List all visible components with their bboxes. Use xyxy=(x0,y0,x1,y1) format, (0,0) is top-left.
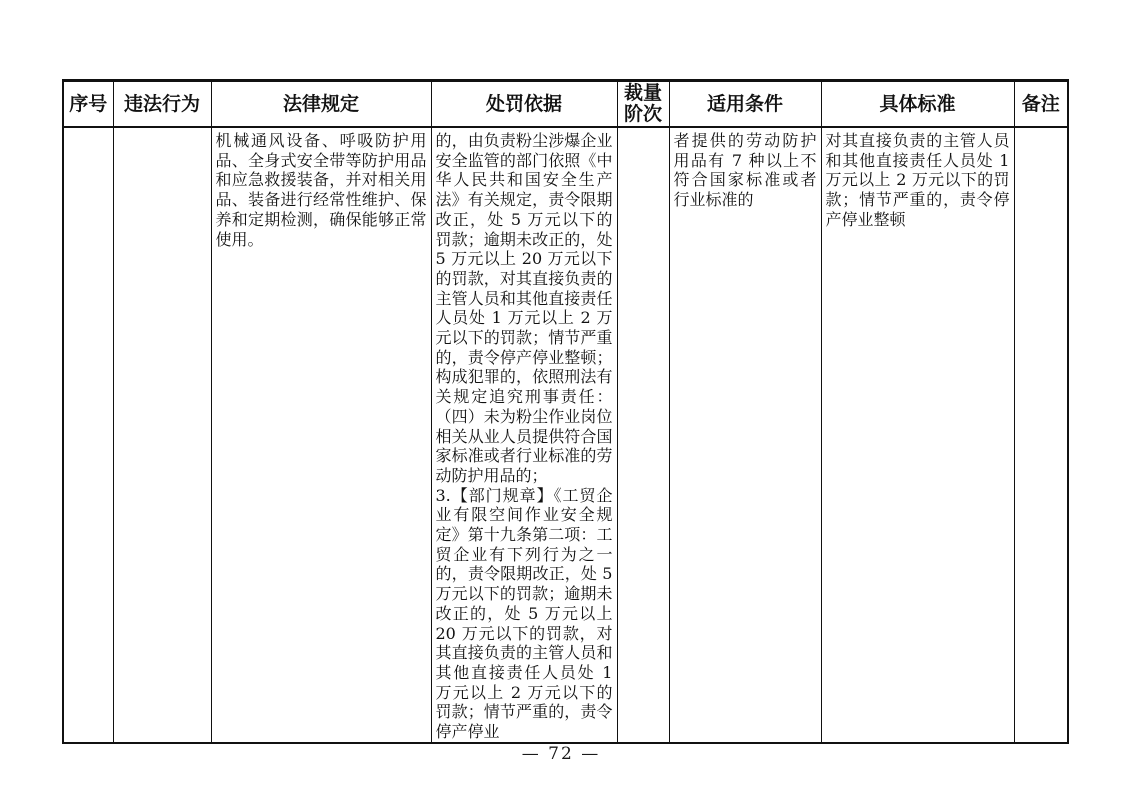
cell-penalty-basis: 的，由负责粉尘涉爆企业安全监管的部门依照《中华人民共和国安全生产法》有关规定，责… xyxy=(431,127,617,743)
header-remarks: 备注 xyxy=(1014,81,1068,128)
cell-remarks xyxy=(1014,127,1068,743)
specific-standard-text: 对其直接负责的主管人员和其他直接责任人员处 1 万元以上 2 万元以下的罚款；情… xyxy=(826,131,1010,230)
page-number: — 72 — xyxy=(0,744,1122,764)
table-body-row: 机械通风设备、呼吸防护用品、全身式安全带等防护用品和应急救援装备，并对相关用品、… xyxy=(63,127,1068,743)
header-serial-no: 序号 xyxy=(63,81,113,128)
header-specific-standard: 具体标准 xyxy=(821,81,1014,128)
cell-legal-provision: 机械通风设备、呼吸防护用品、全身式安全带等防护用品和应急救援装备，并对相关用品、… xyxy=(211,127,431,743)
cell-serial-no xyxy=(63,127,113,743)
cell-violation xyxy=(113,127,211,743)
applicable-condition-text: 者提供的劳动防护用品有 7 种以上不符合国家标准或者行业标准的 xyxy=(674,131,817,210)
header-penalty-basis: 处罚依据 xyxy=(431,81,617,128)
document-page: 序号 违法行为 法律规定 处罚依据 裁量阶次 适用条件 具体标准 备注 机械通风… xyxy=(0,0,1122,793)
header-discretion-stage: 裁量阶次 xyxy=(617,81,669,128)
legal-provision-text: 机械通风设备、呼吸防护用品、全身式安全带等防护用品和应急救援装备，并对相关用品、… xyxy=(216,131,427,249)
header-legal-provision: 法律规定 xyxy=(211,81,431,128)
cell-applicable-condition: 者提供的劳动防护用品有 7 种以上不符合国家标准或者行业标准的 xyxy=(669,127,821,743)
header-applicable-condition: 适用条件 xyxy=(669,81,821,128)
header-violation: 违法行为 xyxy=(113,81,211,128)
penalty-standards-table: 序号 违法行为 法律规定 处罚依据 裁量阶次 适用条件 具体标准 备注 机械通风… xyxy=(62,79,1069,744)
table-header-row: 序号 违法行为 法律规定 处罚依据 裁量阶次 适用条件 具体标准 备注 xyxy=(63,81,1068,128)
penalty-basis-paragraph-2: 3.【部门规章】《工贸企业有限空间作业安全规定》第十九条第二项：工贸企业有下列行… xyxy=(436,486,613,742)
cell-specific-standard: 对其直接负责的主管人员和其他直接责任人员处 1 万元以上 2 万元以下的罚款；情… xyxy=(821,127,1014,743)
penalty-basis-paragraph-1: 的，由负责粉尘涉爆企业安全监管的部门依照《中华人民共和国安全生产法》有关规定，责… xyxy=(436,131,613,486)
cell-discretion-stage xyxy=(617,127,669,743)
